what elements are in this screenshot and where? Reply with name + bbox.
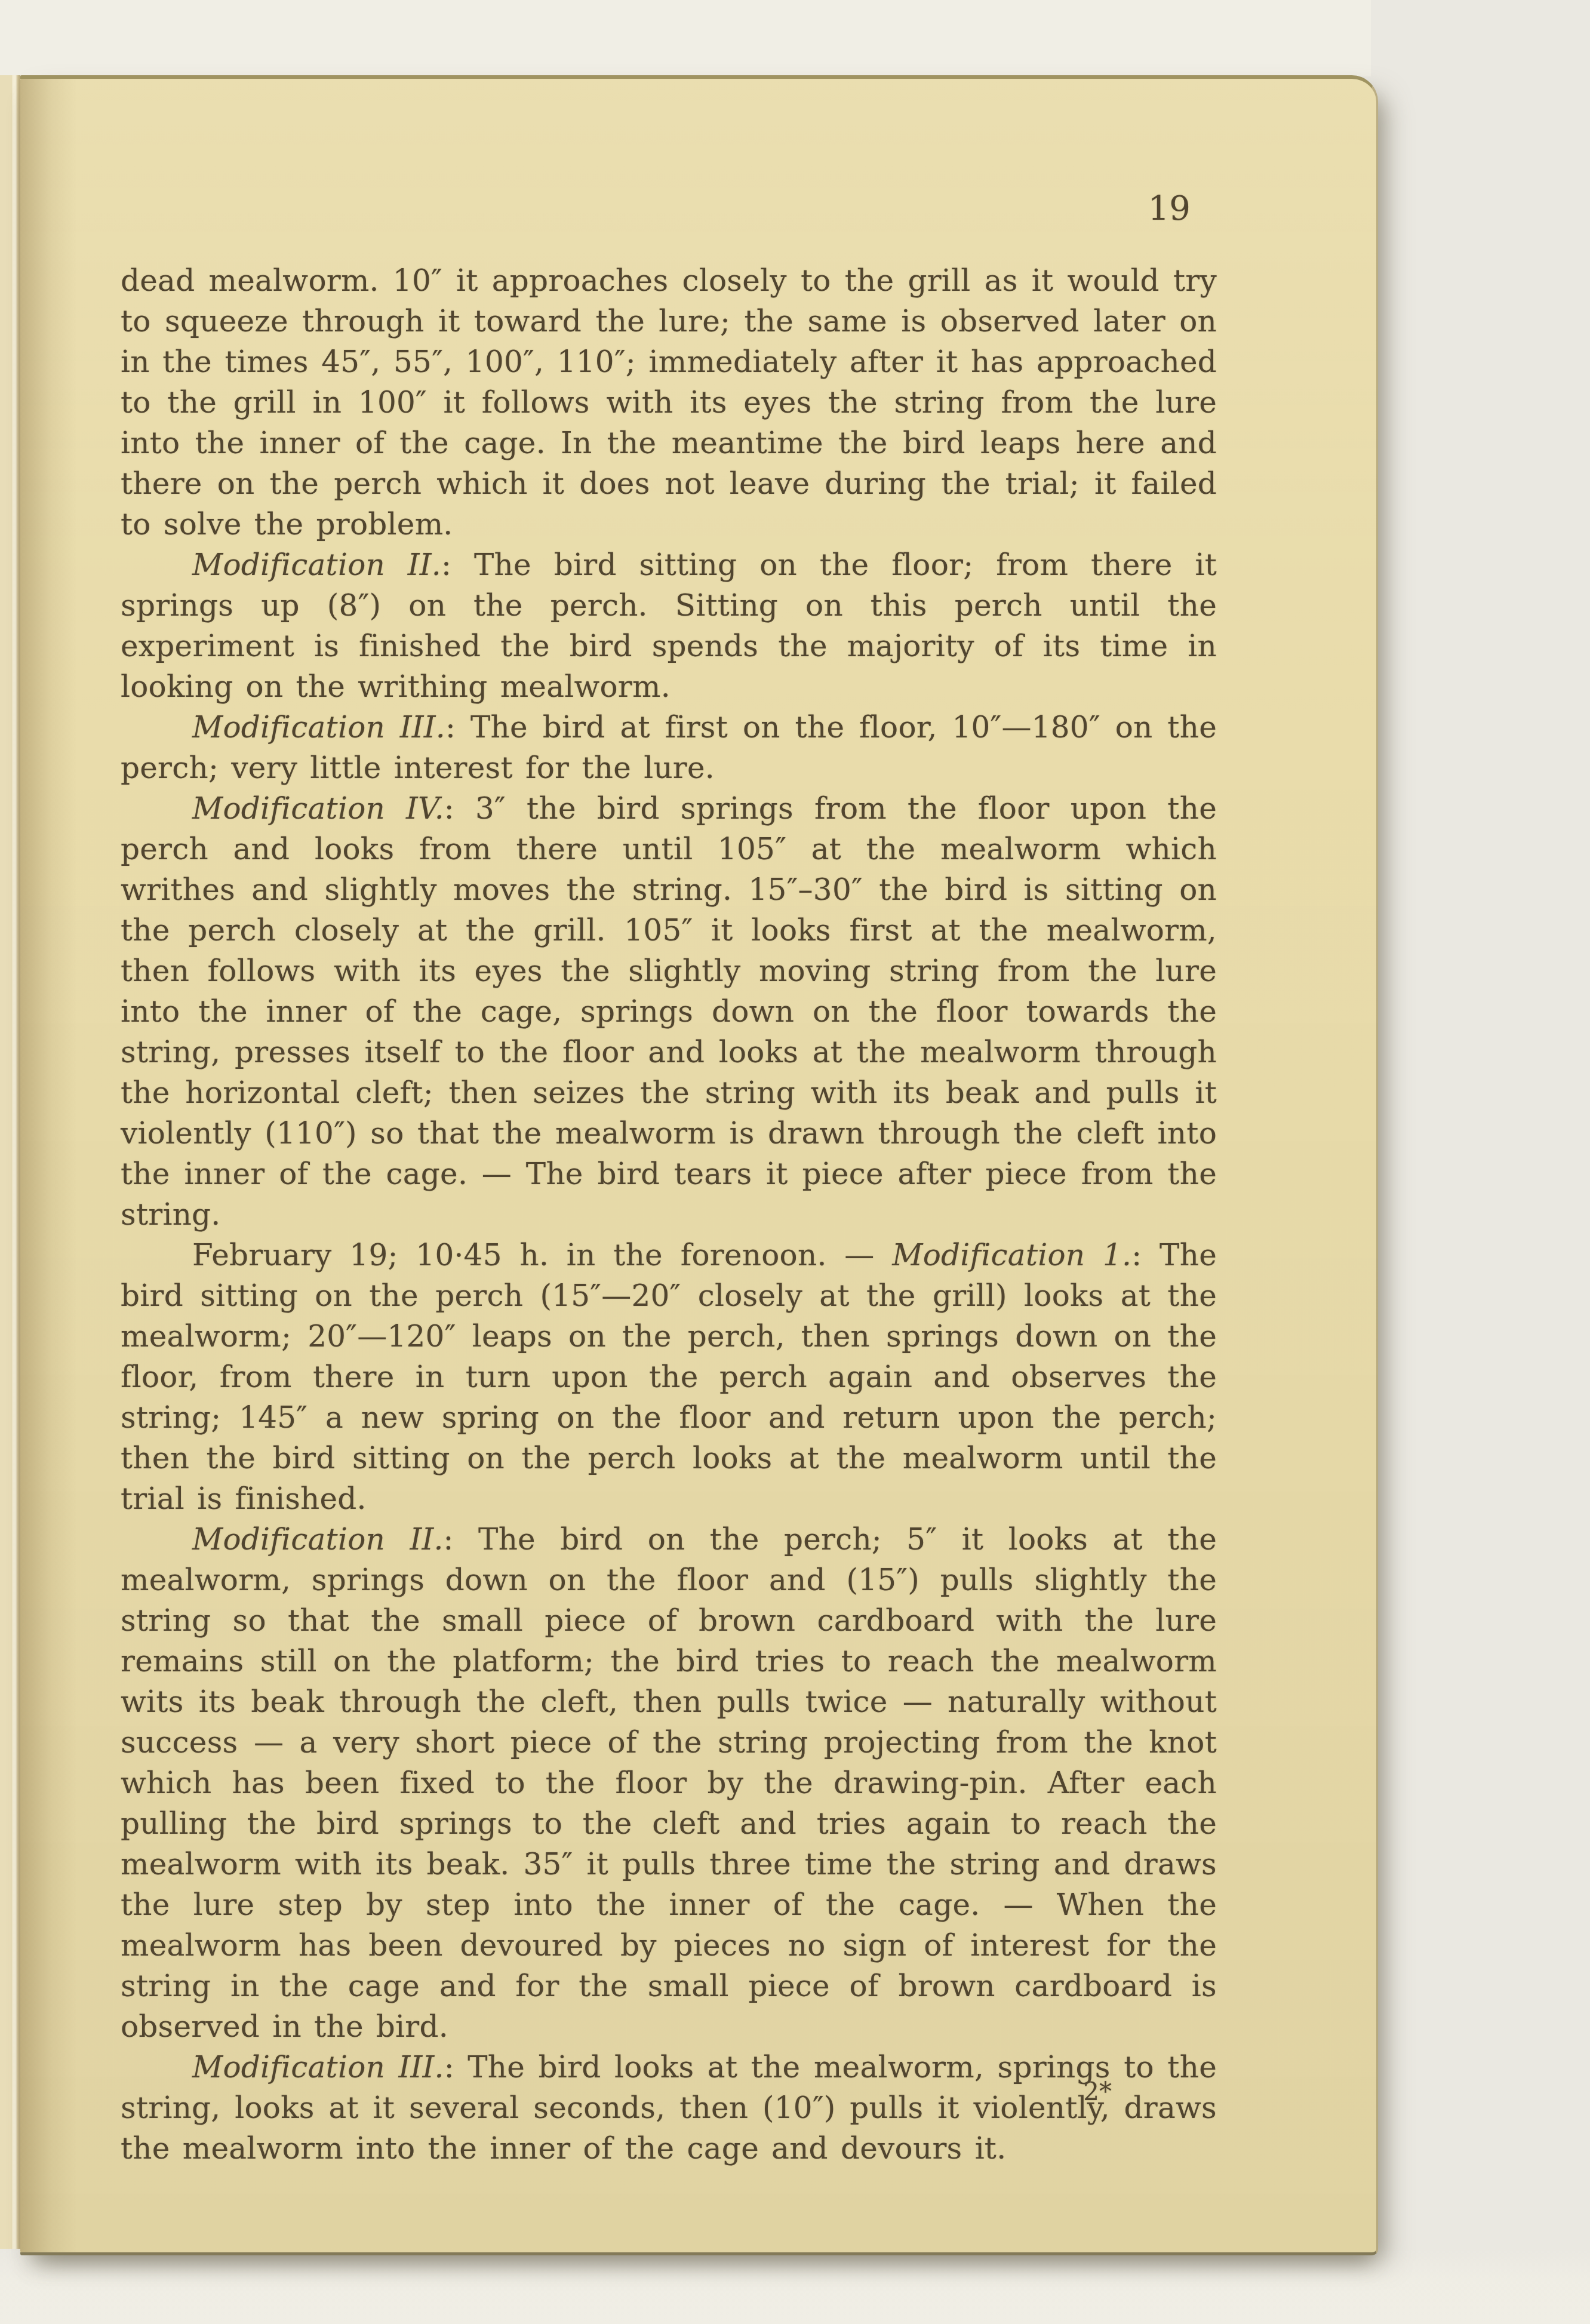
gutter-shadow [20,79,77,2252]
modification-label: Modification III. [192,710,445,745]
modification-label: Modification IV. [192,791,444,826]
page-number: 19 [121,191,1217,227]
body-text: dead mealworm. 10″ it approaches closely… [121,263,1217,542]
modification-label: Modification II. [192,548,441,582]
modification-label: Modification II. [192,1522,444,1557]
paragraph: Modification II.: The bird on the perch;… [121,1519,1217,2047]
text-block: dead mealworm. 10″ it approaches closely… [121,260,1217,2169]
backing-sheet-top [0,0,1371,76]
paragraph: dead mealworm. 10″ it approaches closely… [121,260,1217,545]
body-text: : The bird on the perch; 5″ it looks at … [121,1522,1217,2044]
backing-sheet-bottom [0,2250,1590,2324]
modification-label: Modification 1. [892,1238,1131,1272]
book-page: 19 dead mealworm. 10″ it approaches clos… [20,75,1378,2255]
paragraph: Modification III.: The bird looks at the… [121,2047,1217,2169]
signature-mark: 2* [121,2078,1112,2105]
body-text: : The bird sitting on the perch (15″—20″… [121,1238,1217,1516]
under-page-edge [0,75,20,2249]
scan-canvas: 19 dead mealworm. 10″ it approaches clos… [0,0,1590,2324]
body-text: February 19; 10·45 h. in the forenoon. — [192,1238,892,1272]
paragraph: February 19; 10·45 h. in the forenoon. —… [121,1235,1217,1519]
paragraph: Modification IV.: 3″ the bird springs fr… [121,788,1217,1235]
body-text: : 3″ the bird springs from the floor upo… [121,791,1217,1232]
paragraph: Modification III.: The bird at first on … [121,707,1217,788]
paragraph: Modification II.: The bird sitting on th… [121,545,1217,707]
